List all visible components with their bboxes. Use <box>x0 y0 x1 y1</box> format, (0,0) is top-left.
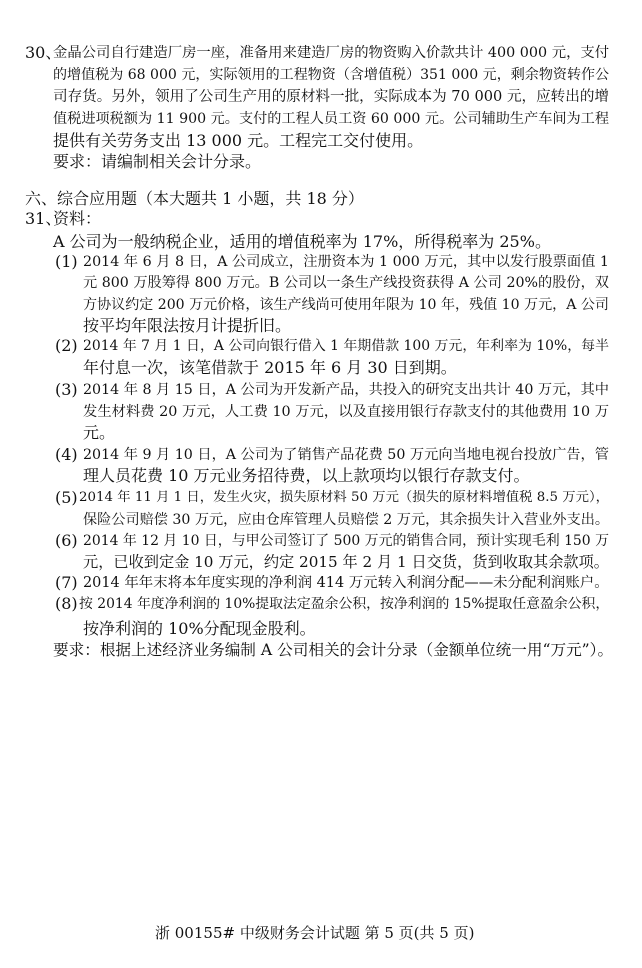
item-label: (8) <box>55 594 78 614</box>
item-line: 方协议约定 200 万元价格，该生产线尚可使用年限为 10 年，残值 10 万元… <box>83 295 609 315</box>
paragraph-line: 司存货。另外，领用了公司生产用的原材料一批，实际成本为 70 000 元，应转出… <box>53 87 609 107</box>
item-line: 2014 年 6 月 8 日，A 公司成立，注册资本为 1 000 万元，其中以… <box>83 252 609 272</box>
requirement-text: 要求：请编制相关会计分录。 <box>53 152 609 172</box>
item-line: 理人员花费 10 万元业务招待费，以上款项均以银行存款支付。 <box>83 466 609 486</box>
item-line: 保险公司赔偿 30 万元，应由仓库管理人员赔偿 2 万元，其余损失计入营业外支出… <box>83 510 609 530</box>
item-label: (1) <box>55 252 78 272</box>
item-line: 按净利润的 10%分配现金股利。 <box>83 619 609 639</box>
item-line: 按 2014 年度净利润的 10%提取法定盈余公积，按净利润的 15%提取任意盈… <box>79 594 609 614</box>
item-line: 发生材料费 20 万元，人工费 10 万元，以及直接用银行存款支付的其他费用 1… <box>83 402 609 422</box>
paragraph-line: 金晶公司自行建造厂房一座，准备用来建造厂房的物资购入价款共计 400 000 元… <box>53 43 609 63</box>
item-line: 年付息一次，该笔借款于 2015 年 6 月 30 日到期。 <box>83 358 609 378</box>
item-line: 2014 年 8 月 15 日，A 公司为开发新产品，共投入的研究支出共计 40… <box>83 380 609 400</box>
intro-text: A 公司为一般纳税企业，适用的增值税率为 17%，所得税率为 25%。 <box>53 232 609 252</box>
item-line: 2014 年 11 月 1 日，发生火灾，损失原材料 50 万元（损失的原材料增… <box>79 488 609 508</box>
item-line: 2014 年年末将本年度实现的净利润 414 万元转入利润分配——未分配利润账户… <box>83 573 609 593</box>
materials-title: 资料： <box>53 209 253 229</box>
item-line: 元。 <box>83 423 609 443</box>
item-label: (5) <box>55 488 78 508</box>
paragraph-line: 提供有关劳务支出 13 000 元。工程完工交付使用。 <box>53 131 609 151</box>
section-heading: 六、综合应用题（本大题共 1 小题，共 18 分） <box>25 189 585 209</box>
item-label: (6) <box>55 531 78 551</box>
paragraph-line: 值税进项税额为 11 900 元。支付的工程人员工资 60 000 元。公司辅助… <box>53 109 609 129</box>
item-line: 元，已收到定金 10 万元，约定 2015 年 2 月 1 日交货，货到收取其余… <box>83 552 609 572</box>
item-line: 按平均年限法按月计提折旧。 <box>83 316 609 336</box>
item-line: 2014 年 12 月 10 日，与甲公司签订了 500 万元的销售合同，预计实… <box>83 531 609 551</box>
requirement-text: 要求：根据上述经济业务编制 A 公司相关的会计分录（金额单位统一用“万元”）。 <box>53 640 613 660</box>
item-label: (2) <box>55 336 78 356</box>
item-line: 2014 年 9 月 10 日，A 公司为了销售产品花费 50 万元向当地电视台… <box>83 445 609 465</box>
paragraph-line: 的增值税为 68 000 元，实际领用的工程物资（含增值税）351 000 元，… <box>53 65 609 85</box>
item-line: 元 800 万股筹得 800 万元。B 公司以一条生产线投资获得 A 公司 20… <box>83 273 609 293</box>
item-line: 2014 年 7 月 1 日，A 公司向银行借入 1 年期借款 100 万元，年… <box>83 336 609 356</box>
page-footer: 浙 00155# 中级财务会计试题 第 5 页(共 5 页) <box>155 923 474 943</box>
item-label: (3) <box>55 380 78 400</box>
item-label: (4) <box>55 445 78 465</box>
item-label: (7) <box>55 573 78 593</box>
